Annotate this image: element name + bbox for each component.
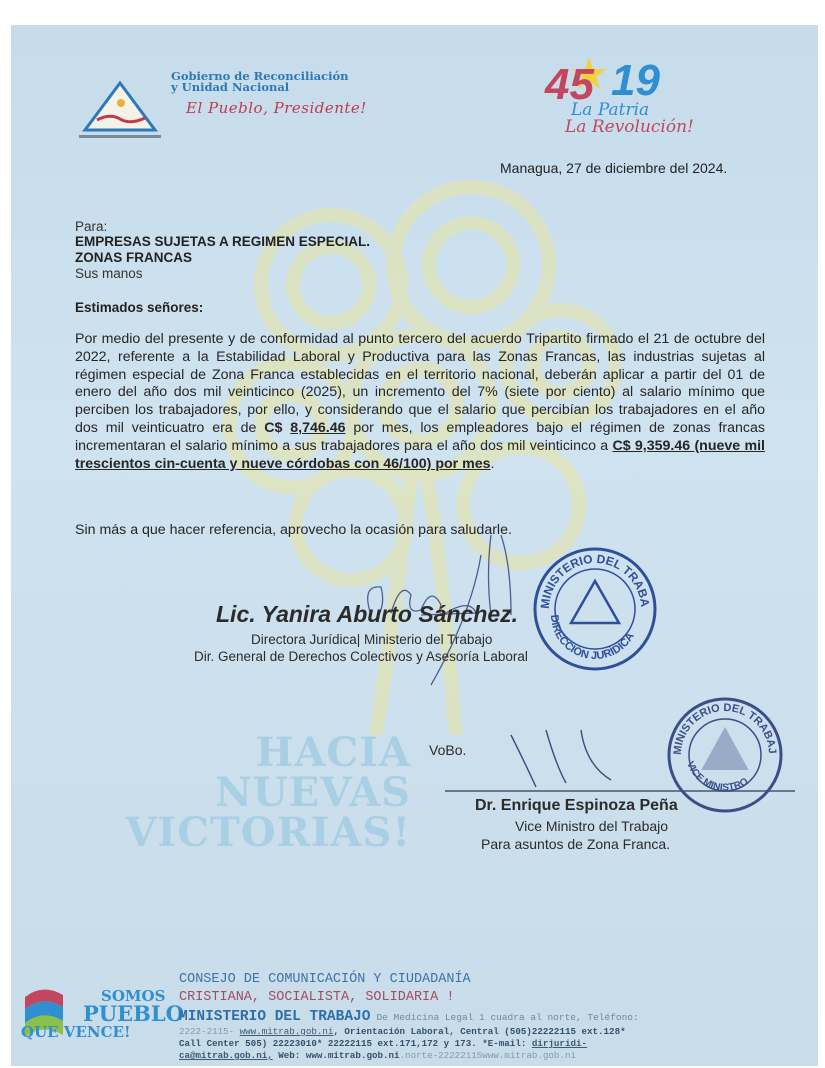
footer-council-line: CONSEJO DE COMUNICACIÓN Y CIUDADANÍA (179, 972, 471, 987)
phone-text: 2222-2115- (179, 1026, 240, 1037)
contact-text: , Orientación Laboral, Central (505)2222… (333, 1026, 625, 1037)
official-stamp-icon: MINISTERIO DEL TRABAJO VICE MINISTRO (665, 695, 785, 815)
email-link[interactable]: dirjuridi- (532, 1038, 587, 1049)
svg-text:19: 19 (611, 56, 660, 105)
letter-page: HACIA NUEVAS VICTORIAS! Gobierno de Reco… (11, 25, 818, 1066)
somos-pueblo-badge: SOMOS PUEBLO QUE VENCE! (23, 975, 173, 1065)
badge-text: QUE VENCE! (21, 1023, 131, 1041)
contact-text: Call Center 505) 22223010* 22222115 ext.… (179, 1038, 532, 1049)
watermark-slogan: HACIA NUEVAS VICTORIAS! (121, 733, 411, 853)
official-stamp-icon: MINISTERIO DEL TRABAJO DIRECCIÓN JURÍDIC… (531, 545, 659, 673)
gov-line: y Unidad Nacional (171, 82, 349, 93)
recipient-line: EMPRESAS SUJETAS A REGIMEN ESPECIAL. (75, 234, 370, 249)
body-text: . (491, 456, 495, 472)
letter-date: Managua, 27 de diciembre del 2024. (500, 160, 727, 176)
government-name: Gobierno de Reconciliación y Unidad Naci… (171, 71, 349, 93)
footer-contact-line: Call Center 505) 22223010* 22222115 ext.… (179, 1038, 587, 1049)
vobo-label: VoBo. (429, 742, 466, 758)
svg-text:DIRECCIÓN JURÍDICA: DIRECCIÓN JURÍDICA (548, 614, 637, 662)
recipient-line: ZONAS FRANCAS (75, 250, 192, 265)
footer-council-line: CRISTIANA, SOCIALISTA, SOLIDARIA ! (179, 990, 454, 1005)
government-slogan: El Pueblo, Presidente! (186, 99, 367, 117)
footer-ministry-line: MINISTERIO DEL TRABAJODe Medicina Legal … (179, 1009, 639, 1025)
recipient-label: Para: (75, 219, 107, 234)
watermark-line: NUEVAS (121, 773, 411, 813)
prev-salary: 8,746.46 (290, 420, 345, 436)
watermark-line: HACIA (121, 733, 411, 773)
letter-body: Por medio del presente y de conformidad … (75, 331, 765, 473)
recipient-line: Sus manos (75, 266, 143, 281)
svg-text:La Revolución!: La Revolución! (564, 117, 694, 135)
signatory1-department: Dir. General de Derechos Colectivos y As… (194, 649, 528, 664)
website-link[interactable]: www.mitrab.gob.ni (240, 1026, 334, 1037)
footer-contact-line: ca@mitrab.gob.ni, Web: www.mitrab.gob.ni… (179, 1050, 576, 1061)
signatory2-name: Dr. Enrique Espinoza Peña (475, 797, 678, 815)
watermark-line: VICTORIAS! (81, 813, 411, 853)
website-text: Web: www.mitrab.gob.ni (273, 1050, 400, 1061)
prev-salary-prefix: C$ (264, 420, 290, 436)
email-link[interactable]: ca@mitrab.gob.ni, (179, 1050, 273, 1061)
signature-scribble-icon (501, 725, 651, 795)
anniversary-logo-icon: 45 19 La Patria La Revolución! (541, 55, 761, 135)
signatory1-name: Lic. Yanira Aburto Sánchez. (216, 601, 518, 628)
signatory2-department: Para asuntos de Zona Franca. (481, 836, 670, 852)
signatory1-title: Directora Jurídica| Ministerio del Traba… (251, 632, 492, 647)
ministry-address: De Medicina Legal 1 cuadra al norte, Tel… (376, 1012, 638, 1023)
government-emblem-icon (75, 75, 165, 145)
signatory2-title: Vice Ministro del Trabajo (515, 818, 668, 834)
greeting: Estimados señores: (75, 300, 203, 315)
footer-contact-line: 2222-2115- www.mitrab.gob.ni, Orientació… (179, 1026, 626, 1037)
contact-text: .norte-22222115www.mitrab.gob.ni (400, 1050, 576, 1061)
ministry-name: MINISTERIO DEL TRABAJO (179, 1009, 370, 1025)
